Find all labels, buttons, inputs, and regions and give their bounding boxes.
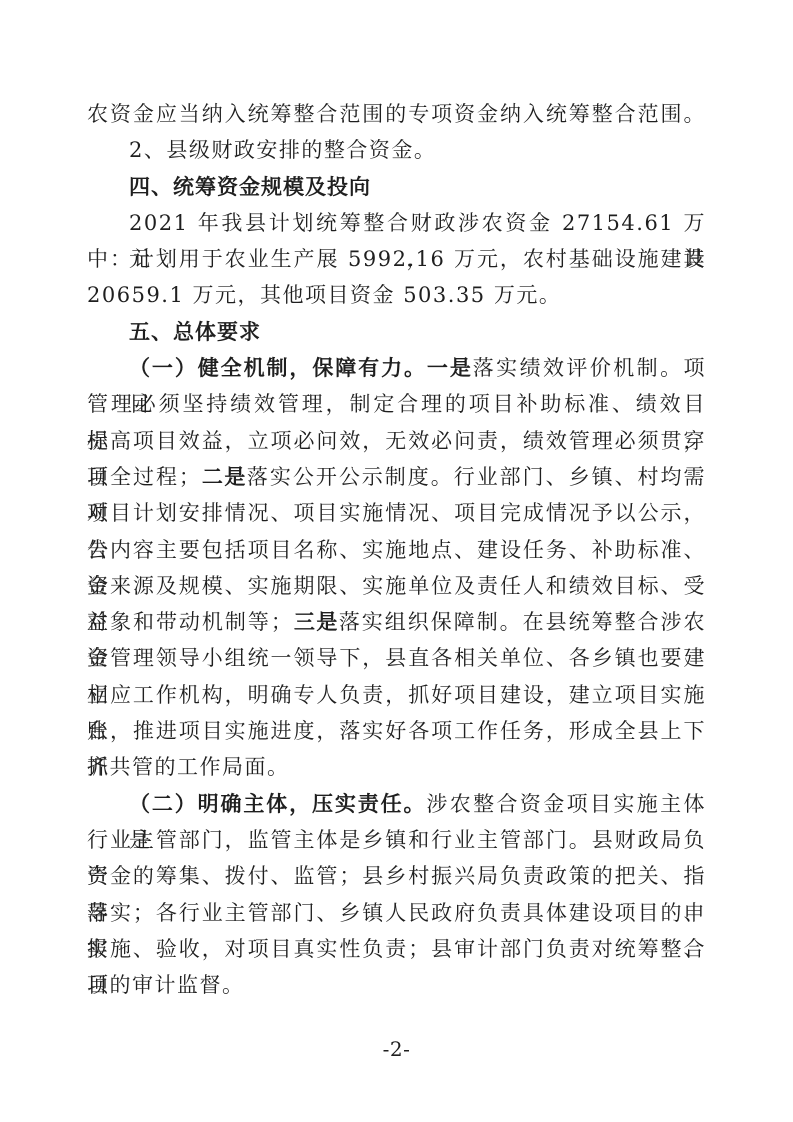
text-run: 目全过程；	[87, 465, 201, 489]
text-line: 金来源及规模、实施期限、实施单位及责任人和绩效目标、受益	[87, 568, 706, 604]
text-run: 20659.1 万元，其他项目资金 503.35 万元。	[87, 283, 561, 307]
text-line: （一）健全机制，保障有力。一是落实绩效评价机制。项目	[87, 350, 706, 386]
text-line: （二）明确主体，压实责任。涉农整合资金项目实施主体是	[87, 786, 706, 822]
text-line: 管理必须坚持绩效管理，制定合理的项目补助标准、绩效目标，	[87, 386, 706, 422]
bold-text-run: （二）明确主体，压实责任。	[129, 792, 426, 816]
bold-text-run: 五、总体要求	[129, 320, 261, 344]
text-line: 提高项目效益，立项必问效，无效必问责，绩效管理必须贯穿项	[87, 423, 706, 459]
text-line: 20659.1 万元，其他项目资金 503.35 万元。	[87, 277, 706, 313]
text-run: 抓共管的工作局面。	[87, 755, 290, 779]
text-line: 对象和带动机制等；三是落实组织保障制。在县统筹整合涉农资	[87, 604, 706, 640]
text-line: 行业主管部门，监管主体是乡镇和行业主管部门。县财政局负责	[87, 822, 706, 858]
bold-text-run: （一）健全机制，保障有力。一是	[129, 356, 473, 380]
bold-text-run: 四、统筹资金规模及投向	[129, 175, 371, 199]
bold-text-run: 二是	[201, 465, 246, 489]
text-line: 账，推进项目实施进度，落实好各项工作任务，形成全县上下齐	[87, 713, 706, 749]
text-line: 农资金应当纳入统筹整合范围的专项资金纳入统筹整合范围。	[87, 96, 706, 132]
page-number: -2-	[0, 1036, 793, 1062]
text-line: 相应工作机构，明确专人负责，抓好项目建设，建立项目实施台	[87, 677, 706, 713]
text-line: 资金的筹集、拨付、监管；县乡村振兴局负责政策的把关、指导、	[87, 858, 706, 894]
document-page: 农资金应当纳入统筹整合范围的专项资金纳入统筹整合范围。2、县级财政安排的整合资金…	[0, 0, 793, 1122]
text-run: 目的审计监督。	[87, 973, 245, 997]
text-line: 实施、验收，对项目真实性负责；县审计部门负责对统筹整合项	[87, 931, 706, 967]
text-line: 目的审计监督。	[87, 967, 706, 1003]
text-line: 中：计划用于农业生产展 5992.16 万元，农村基础设施建设	[87, 241, 706, 277]
document-body: 农资金应当纳入统筹整合范围的专项资金纳入统筹整合范围。2、县级财政安排的整合资金…	[87, 96, 706, 1003]
section-heading: 四、统筹资金规模及投向	[87, 169, 706, 205]
text-line: 金管理领导小组统一领导下，县直各相关单位、各乡镇也要建立	[87, 640, 706, 676]
text-run: 中：计划用于农业生产展 5992.16 万元，农村基础设施建设	[87, 247, 706, 271]
text-line: 2021 年我县计划统筹整合财政涉农资金 27154.61 万元，其	[87, 205, 706, 241]
text-line: 目全过程；二是落实公开公示制度。行业部门、乡镇、村均需对	[87, 459, 706, 495]
text-line: 落实；各行业主管部门、乡镇人民政府负责具体建设项目的申报、	[87, 895, 706, 931]
section-heading: 五、总体要求	[87, 314, 706, 350]
text-run: 农资金应当纳入统筹整合范围的专项资金纳入统筹整合范围。	[87, 102, 706, 126]
bold-text-run: 三是	[293, 610, 338, 634]
text-run: 对象和带动机制等；	[87, 610, 293, 634]
text-run: 2、县级财政安排的整合资金。	[129, 138, 436, 162]
text-line: 项目计划安排情况、项目实施情况、项目完成情况予以公示，公	[87, 495, 706, 531]
text-line: 告内容主要包括项目名称、实施地点、建设任务、补助标准、资	[87, 532, 706, 568]
text-line: 抓共管的工作局面。	[87, 749, 706, 785]
text-line: 2、县级财政安排的整合资金。	[87, 132, 706, 168]
